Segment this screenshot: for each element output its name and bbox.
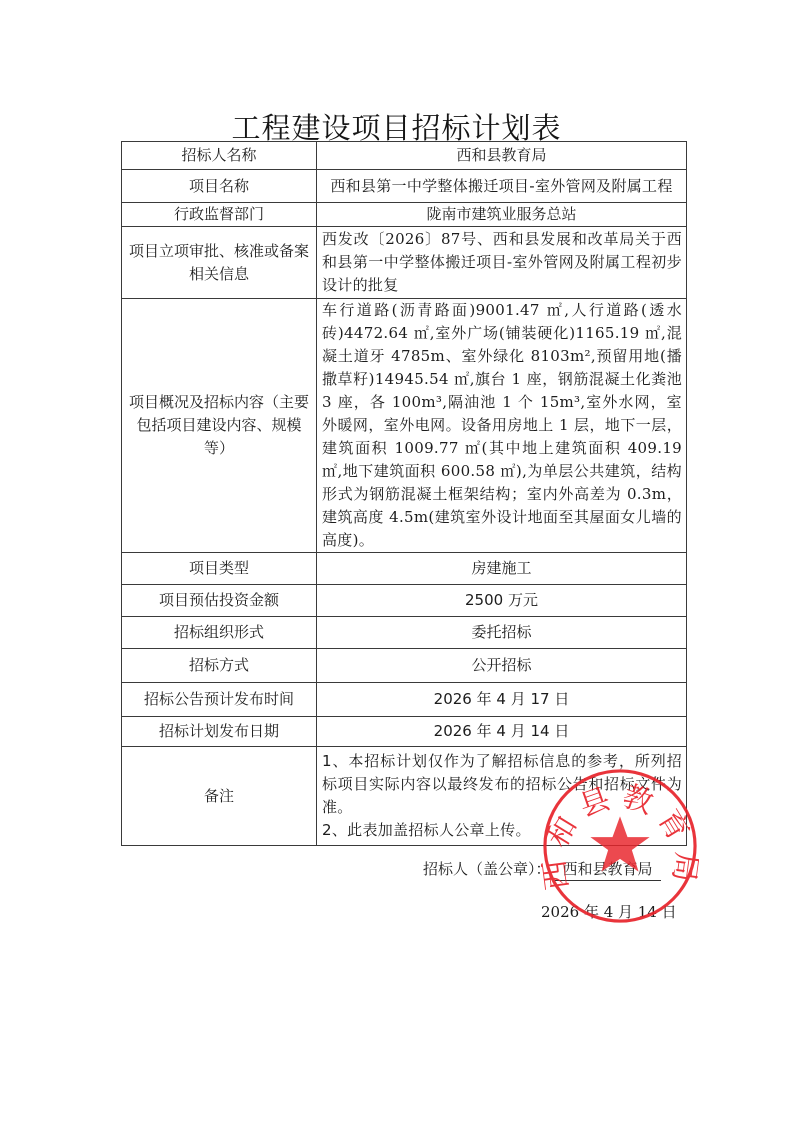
label-organization-form: 招标组织形式 <box>122 617 317 649</box>
bidding-plan-table: 招标人名称 西和县教育局 项目名称 西和县第一中学整体搬迁项目-室外管网及附属工… <box>121 141 687 846</box>
table-row-announcement-time: 招标公告预计发布时间 2026 年 4 月 17 日 <box>122 683 687 717</box>
value-announcement-time: 2026 年 4 月 17 日 <box>317 683 687 717</box>
table-row-project-type: 项目类型 房建施工 <box>122 553 687 585</box>
value-bidding-method: 公开招标 <box>317 649 687 683</box>
remark-line-2: 2、此表加盖招标人公章上传。 <box>322 819 682 842</box>
table-row-project-overview: 项目概况及招标内容（主要包括项目建设内容、规模等） 车行道路(沥青路面)9001… <box>122 299 687 553</box>
value-investment: 2500 万元 <box>317 585 687 617</box>
label-announcement-time: 招标公告预计发布时间 <box>122 683 317 717</box>
table-row-project-name: 项目名称 西和县第一中学整体搬迁项目-室外管网及附属工程 <box>122 170 687 203</box>
signature-organization: 西和县教育局 <box>555 858 661 881</box>
label-bidding-method: 招标方式 <box>122 649 317 683</box>
table-row-remarks: 备注 1、本招标计划仅作为了解招标信息的参考，所列招标项目实际内容以最终发布的招… <box>122 747 687 846</box>
value-tenderer-name: 西和县教育局 <box>317 142 687 170</box>
value-project-name: 西和县第一中学整体搬迁项目-室外管网及附属工程 <box>317 170 687 203</box>
value-project-type: 房建施工 <box>317 553 687 585</box>
label-approval-info: 项目立项审批、核准或备案相关信息 <box>122 227 317 299</box>
label-supervision-dept: 行政监督部门 <box>122 203 317 227</box>
table-row-approval-info: 项目立项审批、核准或备案相关信息 西发改〔2026〕87号、西和县发展和改革局关… <box>122 227 687 299</box>
signature-label: 招标人（盖公章）： <box>423 860 551 878</box>
label-project-name: 项目名称 <box>122 170 317 203</box>
table-row-tenderer: 招标人名称 西和县教育局 <box>122 142 687 170</box>
label-remarks: 备注 <box>122 747 317 846</box>
label-project-overview: 项目概况及招标内容（主要包括项目建设内容、规模等） <box>122 299 317 553</box>
value-supervision-dept: 陇南市建筑业服务总站 <box>317 203 687 227</box>
remark-line-1: 1、本招标计划仅作为了解招标信息的参考，所列招标项目实际内容以最终发布的招标公告… <box>322 750 682 819</box>
label-plan-date: 招标计划发布日期 <box>122 717 317 747</box>
value-project-overview: 车行道路(沥青路面)9001.47 ㎡,人行道路(透水砖)4472.64 ㎡,室… <box>317 299 687 553</box>
value-organization-form: 委托招标 <box>317 617 687 649</box>
label-project-type: 项目类型 <box>122 553 317 585</box>
signature-line: 招标人（盖公章）：西和县教育局 <box>423 858 661 881</box>
table-row-plan-date: 招标计划发布日期 2026 年 4 月 14 日 <box>122 717 687 747</box>
table-row-supervision-dept: 行政监督部门 陇南市建筑业服务总站 <box>122 203 687 227</box>
table-row-bidding-method: 招标方式 公开招标 <box>122 649 687 683</box>
table-row-organization-form: 招标组织形式 委托招标 <box>122 617 687 649</box>
signature-date: 2026 年 4 月 14 日 <box>541 901 677 922</box>
table-row-investment: 项目预估投资金额 2500 万元 <box>122 585 687 617</box>
value-plan-date: 2026 年 4 月 14 日 <box>317 717 687 747</box>
value-approval-info: 西发改〔2026〕87号、西和县发展和改革局关于西和县第一中学整体搬迁项目-室外… <box>317 227 687 299</box>
value-remarks: 1、本招标计划仅作为了解招标信息的参考，所列招标项目实际内容以最终发布的招标公告… <box>317 747 687 846</box>
label-tenderer-name: 招标人名称 <box>122 142 317 170</box>
label-investment: 项目预估投资金额 <box>122 585 317 617</box>
